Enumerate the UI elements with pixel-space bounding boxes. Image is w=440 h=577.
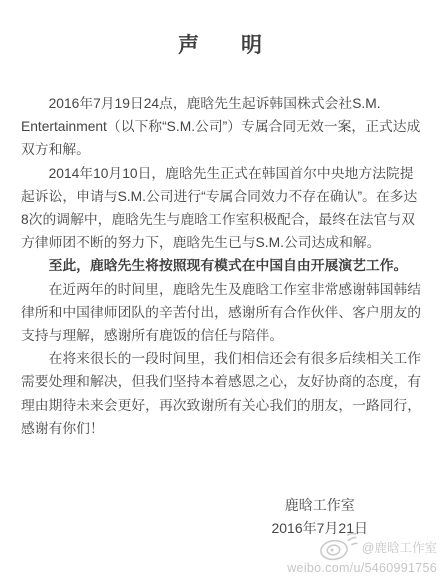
statement-body: 2016年7月19日24点，鹿晗先生起诉韩国株式会社S.M. Entertain… bbox=[21, 92, 422, 440]
weibo-eye-icon bbox=[318, 541, 362, 555]
statement-paragraph: 2014年10月10日，鹿晗先生正式在韩国首尔中央地方法院提起诉讼，申请与S.M… bbox=[21, 162, 422, 255]
statement-paragraph: 在将来很长的一段时间里，我们相信还会有很多后续相关工作需要处理和解决，但我们坚持… bbox=[21, 347, 422, 440]
statement-paragraph: 至此，鹿晗先生将按照现有模式在中国自由开展演艺工作。 bbox=[21, 254, 422, 277]
page-title: 声 明 bbox=[0, 0, 440, 59]
watermark-url: weibo.com/u/5460991756 bbox=[287, 561, 437, 576]
statement-paragraph: 2016年7月19日24点，鹿晗先生起诉韩国株式会社S.M. Entertain… bbox=[21, 92, 422, 162]
signature-name: 鹿晗工作室 bbox=[271, 494, 368, 517]
statement-paragraph: 在近两年的时间里，鹿晗先生及鹿晗工作室非常感谢韩国韩结律所和中国律师团队的辛苦付… bbox=[21, 278, 422, 348]
statement-document: 声 明 2016年7月19日24点，鹿晗先生起诉韩国株式会社S.M. Enter… bbox=[0, 0, 440, 577]
watermark-handle: @鹿晗工作室 bbox=[362, 541, 437, 555]
weibo-watermark: @鹿晗工作室 weibo.com/u/5460991756 bbox=[287, 531, 437, 576]
